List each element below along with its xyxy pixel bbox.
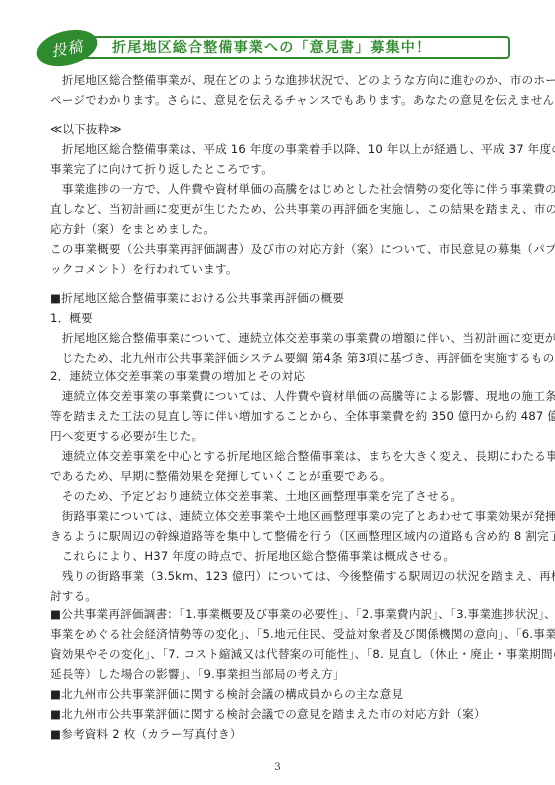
materials-line: 事業をめぐる社会経済情勢等の変化」、「5.地元住民、受益対象者及び関係機関の意向… xyxy=(50,624,510,644)
excerpt-line: 事業進捗の一方で、人件費や資材単価の高騰をはじめとした社会情勢の変化等に伴う事業… xyxy=(50,179,510,199)
page-number: 3 xyxy=(0,762,555,773)
section-2-line: 討する。 xyxy=(50,586,510,606)
section-2-line: 連続立体交差事業の事業費については、人件費や資材単価の高騰等による影響、現地の施… xyxy=(50,386,510,406)
materials-line: 延長等）した場合の影響」、「9.事業担当部局の考え方」 xyxy=(50,664,510,684)
section-2-line: 残りの街路事業（3.5km、123 億円）については、今後整備する駅周辺の状況を… xyxy=(50,566,510,586)
excerpt-line: ックコメント）を行われています。 xyxy=(50,259,510,279)
materials-line: 資効果やその変化」、「7. コスト縮減又は代替案の可能性」、「8. 見直し（休止… xyxy=(50,644,510,664)
section-2-line: 街路事業については、連続立体交差事業や土地区画整理事業の完了とあわせて事業効果が… xyxy=(50,506,510,526)
excerpt-line: 応方針（案）をまとめました。 xyxy=(50,219,510,239)
badge-label: 投稿 xyxy=(49,35,84,61)
section-2-line: 円へ変更する必要が生じた。 xyxy=(50,426,510,446)
document-page: 投稿 折尾地区総合整備事業への「意見書」募集中！ 折尾地区総合整備事業が、現在ど… xyxy=(0,0,555,785)
summary-heading: ■折尾地区総合整備事業における公共事業再評価の概要 xyxy=(50,288,510,308)
section-2-line: きるように駅周辺の幹線道路等を集中して整備を行う（区画整理区域内の道路も含め約 … xyxy=(50,526,510,546)
page-title: 折尾地区総合整備事業への「意見書」募集中！ xyxy=(112,38,412,58)
intro-line-2: ページでわかります。さらに、意見を伝えるチャンスでもあります。あなたの意見を伝え… xyxy=(50,90,510,110)
excerpt-heading: ≪以下抜粋≫ xyxy=(50,119,510,139)
excerpt-line: 折尾地区総合整備事業は、平成 16 年度の事業着手以降、10 年以上が経過し、平… xyxy=(50,139,510,159)
materials-line: ■北九州市公共事業評価に関する検討会議の構成員からの主な意見 xyxy=(50,684,510,704)
section-2-title: 2．連続立体交差事業の事業費の増加とその対応 xyxy=(50,366,510,386)
section-1-line: じたため、北九州市公共事業評価システム要綱 第4条 第3項に基づき、再評価を実施… xyxy=(50,348,510,368)
section-2-line: 等を踏まえた工法の見直し等に伴い増加することから、全体事業費を約 350 億円か… xyxy=(50,406,510,426)
section-2-line: そのため、予定どおり連続立体交差事業、土地区画整理事業を完了させる。 xyxy=(50,486,510,506)
intro-line-1: 折尾地区総合整備事業が、現在どのような進捗状況で、どのような方向に進むのか、市の… xyxy=(50,70,510,90)
excerpt-line: この事業概要（公共事業再評価調書）及び市の対応方針（案）について、市民意見の募集… xyxy=(50,239,510,259)
section-1-line: 折尾地区総合整備事業について、連続立体交差事業の事業費の増額に伴い、当初計画に変… xyxy=(50,328,510,348)
materials-line: ■公共事業再評価調書：「1.事業概要及び事業の必要性」、「2.事業費内訳」、「3… xyxy=(50,604,510,624)
materials-line: ■北九州市公共事業評価に関する検討会議での意見を踏まえた市の対応方針（案） xyxy=(50,704,510,724)
section-2-line: これらにより、H37 年度の時点で、折尾地区総合整備事業は概成させる。 xyxy=(50,546,510,566)
contribution-badge: 投稿 xyxy=(33,24,101,72)
materials-line: ■参考資料 2 枚（カラー写真付き） xyxy=(50,724,510,744)
excerpt-line: 事業完了に向けて折り返したところです。 xyxy=(50,159,510,179)
section-1-title: 1．概要 xyxy=(50,308,510,328)
excerpt-line: 直しなど、当初計画に変更が生じたため、公共事業の再評価を実施し、この結果を踏まえ… xyxy=(50,199,510,219)
section-2-line: であるため、早期に整備効果を発揮していくことが重要である。 xyxy=(50,466,510,486)
section-2-line: 連続立体交差事業を中心とする折尾地区総合整備事業は、まちを大きく変え、長期にわた… xyxy=(50,446,510,466)
